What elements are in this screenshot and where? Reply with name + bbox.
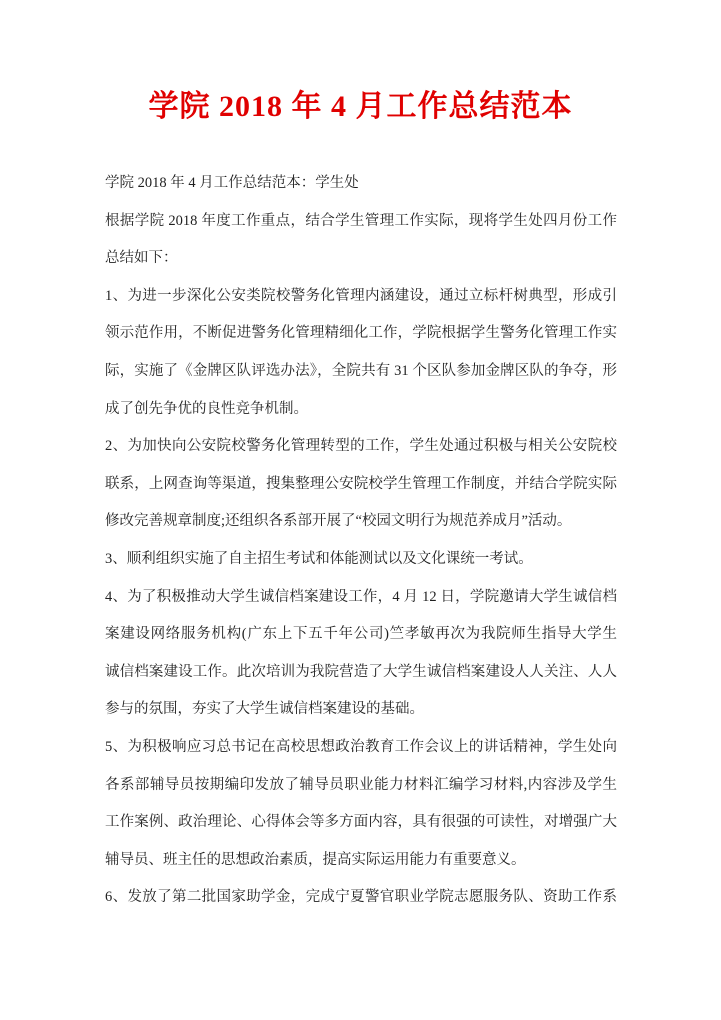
paragraph: 4、为了积极推动大学生诚信档案建设工作，4 月 12 日，学院邀请大学生诚信档案…	[105, 579, 617, 729]
text-line: 4、为了积极推动大学生诚信档案建设工作，4 月 12 日，学院邀请大学生诚信档	[105, 579, 617, 617]
text-line: 总结如下：	[105, 240, 617, 278]
text-line: 根据学院 2018 年度工作重点，结合学生管理工作实际，现将学生处四月份工作	[105, 203, 617, 241]
text-line: 领示范作用，不断促进警务化管理精细化工作，学院根据学生警务化管理工作实	[105, 315, 617, 353]
text-line: 案建设网络服务机构(广东上下五千年公司)竺孝敏再次为我院师生指导大学生	[105, 616, 617, 654]
document-page: 学院 2018 年 4 月工作总结范本 学院 2018 年 4 月工作总结范本：…	[0, 0, 721, 1020]
paragraph: 3、顺利组织实施了自主招生考试和体能测试以及文化课统一考试。	[105, 541, 617, 579]
text-line: 1、为进一步深化公安类院校警务化管理内涵建设，通过立标杆树典型，形成引	[105, 278, 617, 316]
paragraph: 5、为积极响应习总书记在高校思想政治教育工作会议上的讲话精神，学生处向各系部辅导…	[105, 729, 617, 879]
text-line: 成了创先争优的良性竞争机制。	[105, 391, 617, 429]
text-line: 6、发放了第二批国家助学金，完成宁夏警官职业学院志愿服务队、资助工作系	[105, 879, 617, 917]
paragraph: 1、为进一步深化公安类院校警务化管理内涵建设，通过立标杆树典型，形成引领示范作用…	[105, 278, 617, 428]
paragraph: 6、发放了第二批国家助学金，完成宁夏警官职业学院志愿服务队、资助工作系	[105, 879, 617, 917]
document-title: 学院 2018 年 4 月工作总结范本	[0, 84, 721, 130]
paragraph: 学院 2018 年 4 月工作总结范本：学生处	[105, 165, 617, 203]
text-line: 学院 2018 年 4 月工作总结范本：学生处	[105, 165, 617, 203]
text-line: 际，实施了《金牌区队评选办法》，全院共有 31 个区队参加金牌区队的争夺，形	[105, 353, 617, 391]
text-line: 参与的氛围，夯实了大学生诚信档案建设的基础。	[105, 691, 617, 729]
document-body: 学院 2018 年 4 月工作总结范本：学生处根据学院 2018 年度工作重点，…	[105, 165, 617, 917]
text-line: 2、为加快向公安院校警务化管理转型的工作，学生处通过积极与相关公安院校	[105, 428, 617, 466]
text-line: 5、为积极响应习总书记在高校思想政治教育工作会议上的讲话精神，学生处向	[105, 729, 617, 767]
text-line: 3、顺利组织实施了自主招生考试和体能测试以及文化课统一考试。	[105, 541, 617, 579]
paragraph: 2、为加快向公安院校警务化管理转型的工作，学生处通过积极与相关公安院校联系，上网…	[105, 428, 617, 541]
text-line: 诚信档案建设工作。此次培训为我院营造了大学生诚信档案建设人人关注、人人	[105, 654, 617, 692]
text-line: 修改完善规章制度;还组织各系部开展了“校园文明行为规范养成月”活动。	[105, 503, 617, 541]
text-line: 各系部辅导员按期编印发放了辅导员职业能力材料汇编学习材料,内容涉及学生	[105, 767, 617, 805]
text-line: 联系，上网查询等渠道，搜集整理公安院校学生管理工作制度，并结合学院实际	[105, 466, 617, 504]
text-line: 辅导员、班主任的思想政治素质，提高实际运用能力有重要意义。	[105, 842, 617, 880]
text-line: 工作案例、政治理论、心得体会等多方面内容，具有很强的可读性，对增强广大	[105, 804, 617, 842]
paragraph: 根据学院 2018 年度工作重点，结合学生管理工作实际，现将学生处四月份工作总结…	[105, 203, 617, 278]
